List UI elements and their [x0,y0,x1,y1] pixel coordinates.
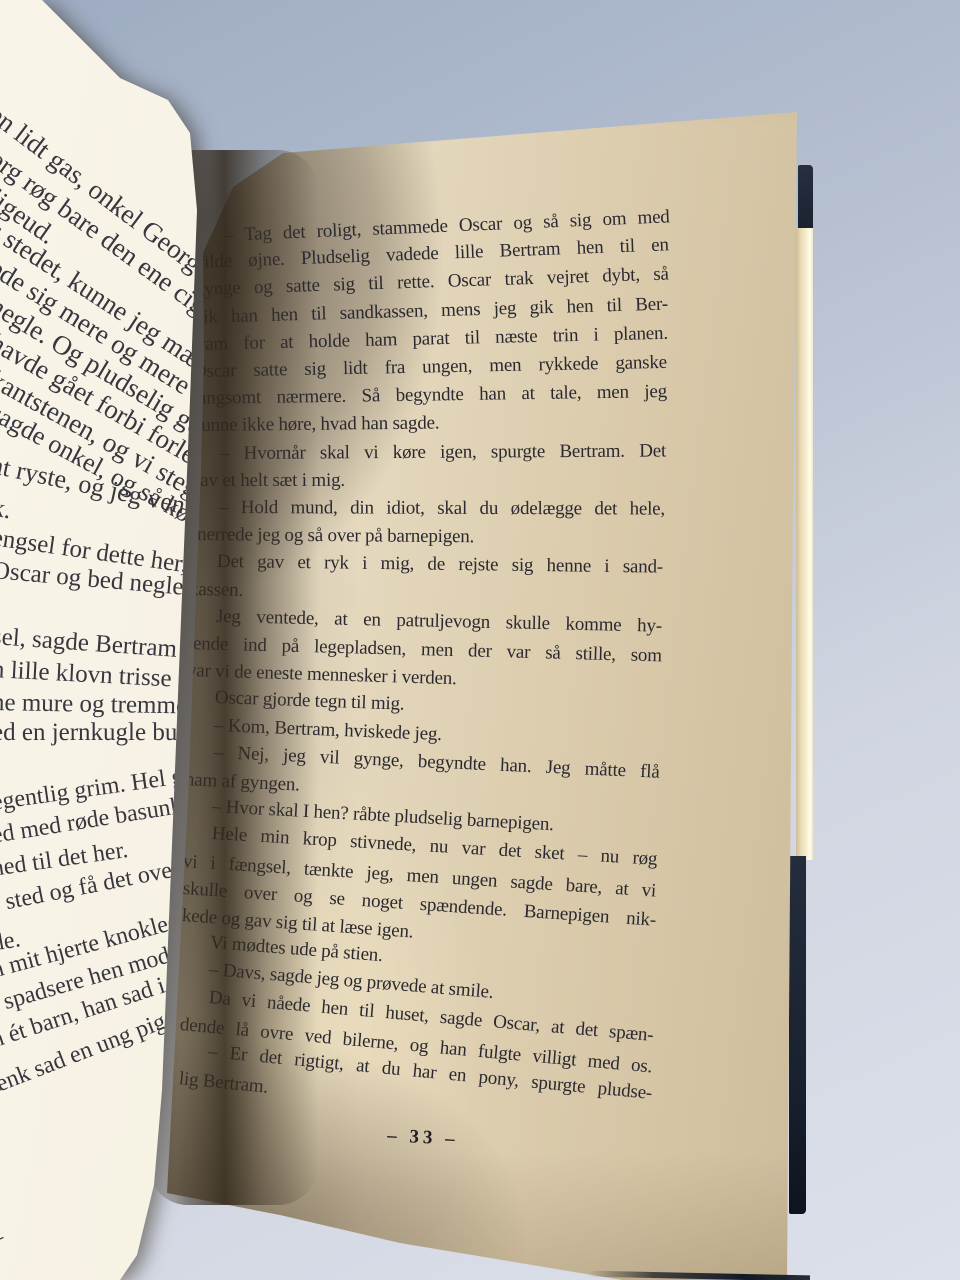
left-text-fragment: – [0,1224,8,1254]
left-text-fragment: ed en jernkugle bundet til [0,719,247,747]
left-text-fragment: ne mure og tremmer for t [0,689,244,721]
left-page-wrap: en lidt gas, onkel Georgorg røg bare den… [0,0,960,1280]
left-page: en lidt gas, onkel Georgorg røg bare den… [0,0,960,1280]
open-book-photo: – Tag det roligt, stammede Oscar og så s… [0,0,960,1280]
left-text-fragment: k. [0,492,14,525]
